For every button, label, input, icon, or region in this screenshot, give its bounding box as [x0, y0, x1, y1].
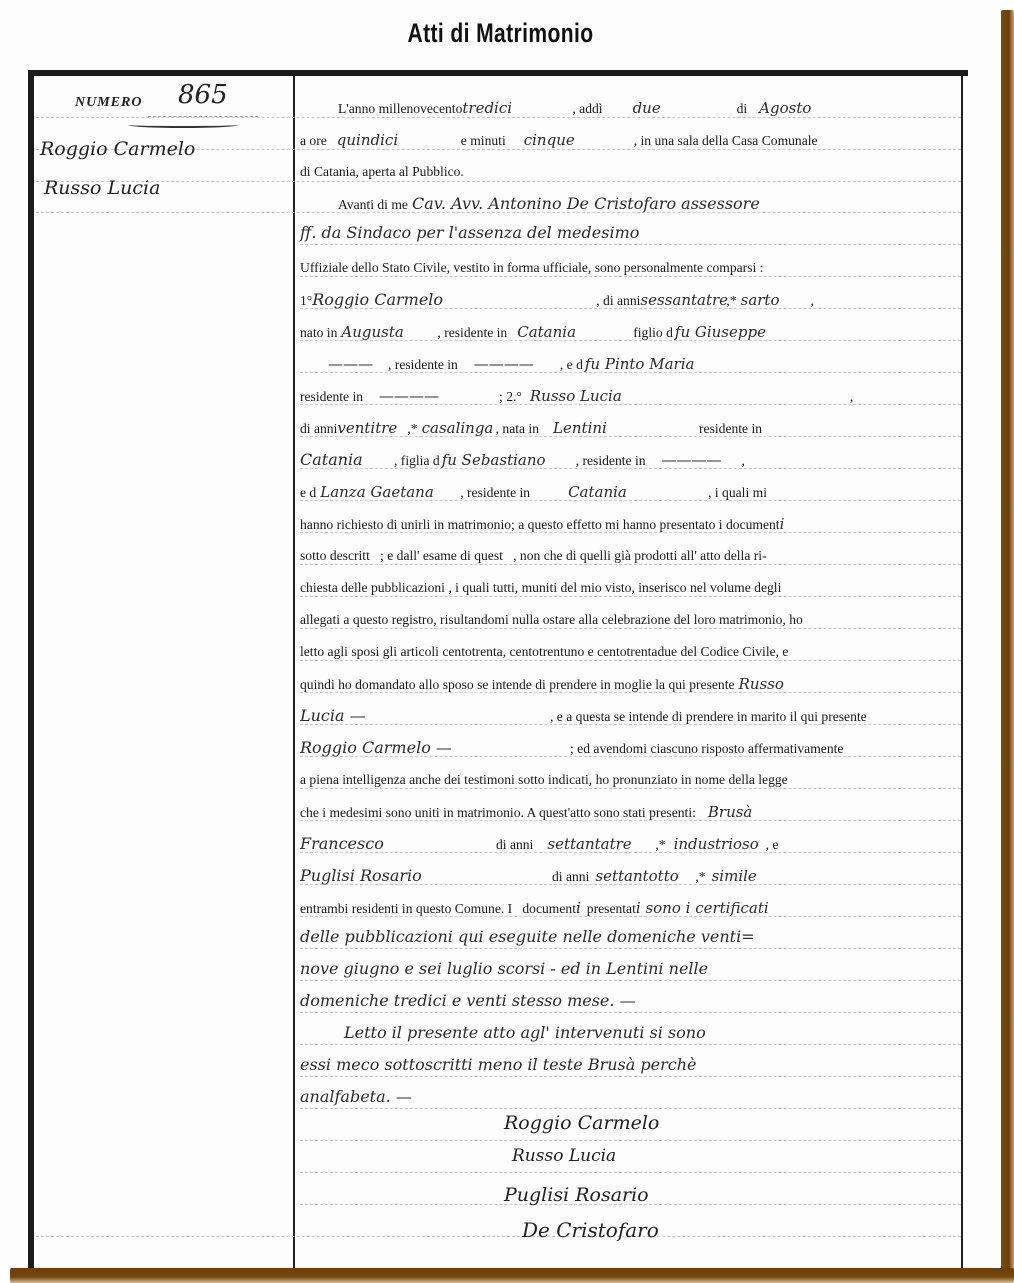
- act-line-handwritten: delle pubblicazioni qui eseguite nelle d…: [300, 926, 755, 948]
- act-line: ———, residente in————, e dfu Pinto Maria: [300, 354, 956, 375]
- act-line: Francescodi annisettantatre,*industrioso…: [300, 834, 956, 855]
- act-line-handwritten: domeniche tredici e venti stesso mese. —: [300, 990, 636, 1012]
- act-line: Catania, figlia dfu Sebastiano, resident…: [300, 450, 956, 471]
- signature-groom: Roggio Carmelo: [504, 1112, 659, 1134]
- act-line: Uffiziale dello Stato Civile, vestito in…: [300, 258, 956, 278]
- frame-edge-right: [1001, 10, 1014, 1280]
- numero-underline: [148, 116, 258, 117]
- act-line: allegati a questo registro, risultandomi…: [300, 610, 956, 630]
- act-line-handwritten: Letto il presente atto agl' intervenuti …: [344, 1022, 706, 1044]
- document-title: Atti di Matrimonio: [110, 18, 891, 49]
- act-line: a orequindicie minuticinque, in una sala…: [300, 130, 956, 151]
- bride-name: Russo Lucia: [44, 177, 160, 199]
- act-line: 1°Roggio Carmelo, di annisessantatre,*sa…: [300, 290, 956, 311]
- act-line: e dLanza Gaetana, residente inCatania, i…: [300, 482, 956, 503]
- act-line-handwritten: essi meco sottoscritti meno il teste Bru…: [300, 1054, 696, 1076]
- signature-witness: Puglisi Rosario: [504, 1184, 649, 1206]
- act-line: a piena intelligenza anche dei testimoni…: [300, 770, 956, 790]
- act-line: hanno richiesto di unirli in matrimonio;…: [300, 514, 956, 535]
- signature-officer: De Cristofaro: [522, 1218, 659, 1242]
- table-left-border: [28, 70, 34, 1268]
- document-page: Atti di Matrimonio: [0, 0, 1001, 1268]
- act-line-handwritten: ff. da Sindaco per l'assenza del medesim…: [300, 222, 639, 244]
- act-line: residente in————; 2.°Russo Lucia,: [300, 386, 956, 407]
- signature-bride: Russo Lucia: [512, 1146, 616, 1166]
- act-line: entrambi residenti in questo Comune. I d…: [300, 898, 956, 919]
- groom-name: Roggio Carmelo: [40, 138, 195, 160]
- column-divider: [293, 76, 295, 1268]
- act-line-handwritten: analfabeta. —: [300, 1086, 412, 1108]
- left-column: NUMERO 865 Roggio Carmelo Russo Lucia: [36, 76, 292, 1266]
- act-line: chiesta delle pubblicazioni , i quali tu…: [300, 578, 956, 598]
- act-line: Roggio Carmelo —; ed avendomi ciascuno r…: [300, 738, 956, 759]
- table-right-border: [961, 76, 963, 1268]
- act-line: Lucia —, e a questa se intende di prende…: [300, 706, 956, 727]
- numero-value: 865: [178, 80, 228, 110]
- frame-edge-bottom: [10, 1268, 1014, 1283]
- act-line: quindi ho domandato allo sposo se intend…: [300, 674, 956, 695]
- act-body: L'anno millenovecentotredici, addìduediA…: [300, 76, 956, 1266]
- act-line: sotto descritt ; e dall' esame di quest …: [300, 546, 956, 566]
- act-line-handwritten: nove giugno e sei luglio scorsi - ed in …: [300, 958, 708, 980]
- act-line: che i medesimi sono uniti in matrimonio.…: [300, 802, 956, 823]
- numero-label: NUMERO: [75, 95, 142, 111]
- act-line: di Catania, aperta al Pubblico.: [300, 162, 956, 182]
- act-line: letto agli sposi gli articoli centotrent…: [300, 642, 956, 662]
- act-line: Puglisi Rosariodi annisettantotto,*simil…: [300, 866, 956, 887]
- act-line: L'anno millenovecentotredici, addìduediA…: [300, 98, 956, 119]
- numero-flourish: [128, 122, 238, 128]
- act-line: di anniventitre,*casalinga, nata inLenti…: [300, 418, 956, 439]
- act-line: Avanti di meCav. Avv. Antonino De Cristo…: [300, 194, 956, 215]
- act-line: nato inAugusta, residente inCataniafigli…: [300, 322, 956, 343]
